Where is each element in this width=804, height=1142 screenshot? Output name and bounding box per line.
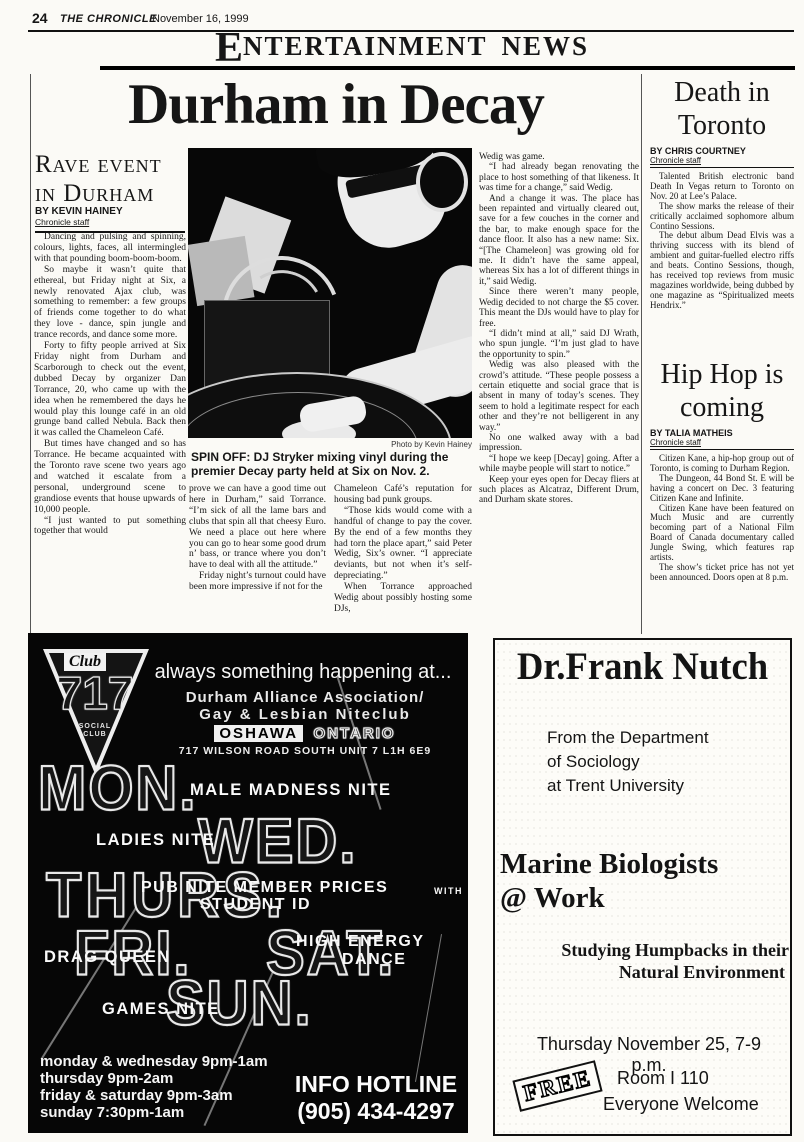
article-kicker-line1: Rave event — [35, 150, 162, 179]
side-column: Death in Toronto BY CHRIS COURTNEY Chron… — [650, 76, 794, 634]
day-monday-label: MON. — [38, 758, 197, 821]
nutch-room: Room I 110 — [617, 1068, 709, 1089]
event-thursday-with: WITH — [434, 886, 463, 896]
section-banner: ENTERTAINMENTNEWS — [0, 31, 804, 65]
nutch-welcome: Everyone Welcome — [603, 1094, 759, 1115]
hiphop-headline-line2: coming — [650, 391, 794, 424]
club-tagline: always something happening at... — [140, 661, 466, 684]
death-headline-line1: Death in — [650, 76, 794, 109]
article-column-3: Chameleon Café’s reputation for housing … — [334, 484, 472, 632]
club-location-row: OSHAWA ONTARIO — [140, 725, 468, 743]
event-friday-label: DRAG QUEEN — [44, 948, 171, 967]
scratch-decoration — [415, 934, 442, 1082]
nutch-topic-line1: Studying Humpbacks in their — [545, 940, 789, 961]
club-hotline: INFO HOTLINE (905) 434-4297 — [288, 1071, 464, 1125]
masthead-title: THE CHRONICLE — [60, 13, 157, 25]
event-thursday-line1: PUB NITE MEMBER PRICES — [141, 879, 388, 897]
club-org-line1: Durham Alliance Association/ — [140, 689, 468, 706]
nutch-subject-line2: @ Work — [500, 882, 605, 915]
nutch-subject-line1: Marine Biologists — [500, 848, 718, 881]
photo-credit: Photo by Kevin Hainey — [188, 440, 472, 449]
article-kicker-line2: in Durham — [35, 179, 162, 208]
hiphop-headline-line1: Hip Hop is — [650, 358, 794, 391]
article-column-1: Dancing and pulsing and spinning, colour… — [34, 232, 186, 632]
club-city-label: OSHAWA — [214, 725, 303, 742]
club-hours-list: monday & wednesday 9pm-1amthursday 9pm-2… — [40, 1053, 290, 1121]
hiphop-article: Hip Hop is coming BY TALIA MATHEIS Chron… — [650, 358, 794, 583]
hiphop-byline-org: Chronicle staff — [650, 438, 794, 447]
headphone-cup-shape — [416, 152, 468, 212]
newspaper-page: 24 THE CHRONICLE November 16, 1999 ENTER… — [0, 0, 804, 1142]
event-saturday-line1: HIGH ENERGY — [296, 933, 425, 951]
club-717-ad: Club 717 SOCIALCLUB always something hap… — [28, 633, 468, 1133]
article-byline-block: BY KEVIN HAINEY Chronicle staff — [35, 206, 185, 233]
hiphop-byline: BY TALIA MATHEIS — [650, 428, 794, 438]
article-column-2: prove we can have a good time out here i… — [189, 484, 326, 632]
article-kicker: Rave event in Durham — [35, 150, 162, 208]
death-headline-line2: Toronto — [650, 109, 794, 142]
section-initial-letter: E — [215, 25, 243, 71]
death-article-body: Talented British electronic band Death I… — [650, 172, 794, 311]
section-title: NTERTAINMENT — [243, 31, 488, 61]
hiphop-article-body: Citizen Kane, a hip-hop group out of Tor… — [650, 454, 794, 583]
section-news-label: NEWS — [502, 31, 590, 61]
page-number: 24 — [32, 10, 48, 26]
death-byline-block: BY CHRIS COURTNEY Chronicle staff — [650, 142, 794, 168]
death-article-headline: Death in Toronto — [650, 76, 794, 142]
event-thursday-line2: STUDENT ID — [200, 896, 311, 914]
nutch-lecture-ad: Dr.Frank Nutch From the Departmentof Soc… — [493, 638, 792, 1136]
photo-caption: SPIN OFF: DJ Stryker mixing vinyl during… — [191, 450, 473, 478]
hiphop-article-headline: Hip Hop is coming — [650, 358, 794, 424]
event-sunday-label: GAMES NITE — [102, 1000, 220, 1019]
event-monday-label: MALE MADNESS NITE — [190, 781, 392, 800]
event-wednesday-label: LADIES NITE — [96, 831, 215, 850]
nutch-topic-line2: Natural Environment — [545, 962, 785, 983]
issue-date: November 16, 1999 — [152, 13, 249, 25]
club-logo-number: 717 — [56, 669, 134, 717]
club-logo-sub-line2: CLUB — [83, 731, 106, 738]
article-byline: BY KEVIN HAINEY — [35, 206, 185, 217]
club-logo-subtitle: SOCIALCLUB — [72, 723, 118, 739]
main-article: Durham in Decay Rave event in Durham BY … — [30, 74, 642, 634]
club-logo-sub-line1: SOCIAL — [79, 723, 111, 730]
club-org-line2: Gay & Lesbian Niteclub — [140, 706, 468, 723]
article-byline-org: Chronicle staff — [35, 217, 185, 227]
article-headline: Durham in Decay — [31, 74, 641, 136]
club-hotline-number: (905) 434-4297 — [288, 1098, 464, 1125]
hiphop-byline-block: BY TALIA MATHEIS Chronicle staff — [650, 424, 794, 450]
club-hotline-label: INFO HOTLINE — [288, 1071, 464, 1098]
death-byline: BY CHRIS COURTNEY — [650, 146, 794, 156]
death-article: Death in Toronto BY CHRIS COURTNEY Chron… — [650, 76, 794, 311]
nutch-department-lines: From the Departmentof Sociologyat Trent … — [547, 726, 709, 798]
nutch-title: Dr.Frank Nutch — [504, 644, 781, 689]
article-column-4: Wedig was game.“I had already began reno… — [479, 152, 639, 632]
club-province-label: ONTARIO — [314, 725, 396, 742]
dj-photo — [188, 148, 472, 438]
event-saturday-line2: DANCE — [342, 951, 406, 969]
section-banner-rule — [100, 66, 795, 70]
death-byline-org: Chronicle staff — [650, 156, 794, 165]
